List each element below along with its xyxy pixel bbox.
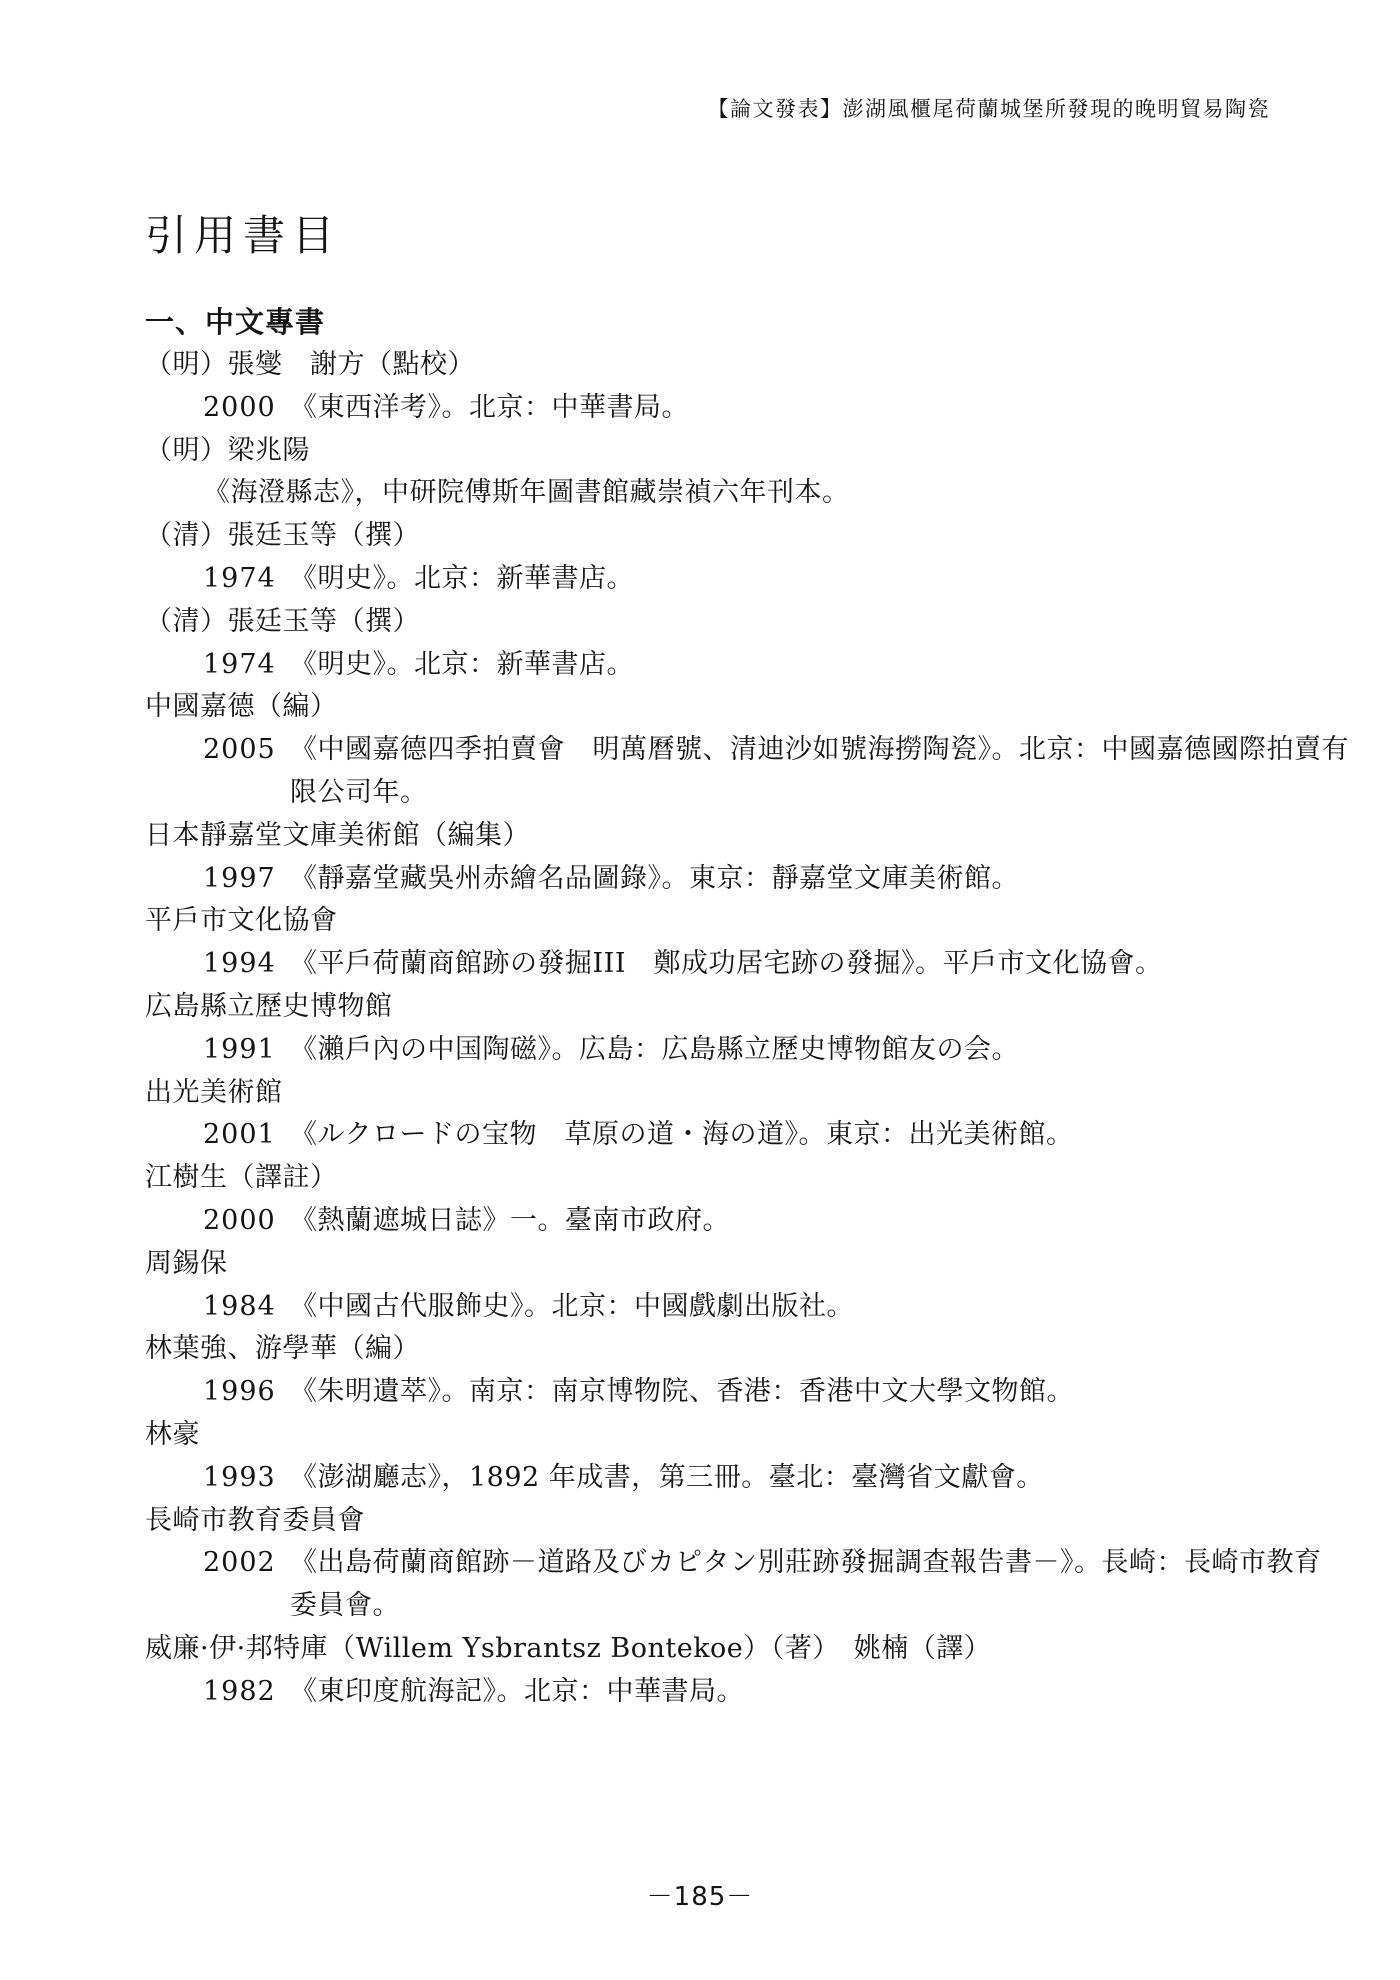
entry-year: 1984 [203, 1286, 290, 1329]
entry-publication-line: 1997《靜嘉堂藏吳州赤繪名品圖錄》。東京：靜嘉堂文庫美術館。 [145, 858, 1315, 901]
bibliography-entry: （明）張燮 謝方（點校） 2000《東西洋考》。北京：中華書局。 [145, 344, 1315, 430]
entry-author: 威廉·伊·邦特庫（Willem Ysbrantsz Bontekoe）（著） 姚… [145, 1628, 1315, 1671]
entry-author: （明）張燮 謝方（點校） [145, 344, 1315, 387]
entry-publication-line: 1984《中國古代服飾史》。北京：中國戲劇出版社。 [145, 1286, 1315, 1329]
entry-publication: 《明史》。北京：新華書店。 [290, 563, 634, 594]
entry-publication: 《瀨戶內の中国陶磁》。広島：広島縣立歷史博物館友の会。 [290, 1034, 1019, 1065]
entry-publication-line: 1996《朱明遺萃》。南京：南京博物院、香港：香港中文大學文物館。 [145, 1371, 1315, 1414]
entry-author: （明）梁兆陽 [145, 430, 1315, 473]
entry-publication-line: 2000《東西洋考》。北京：中華書局。 [145, 387, 1315, 430]
entry-publication: 《靜嘉堂藏吳州赤繪名品圖錄》。東京：靜嘉堂文庫美術館。 [290, 863, 1019, 894]
entry-publication-line: 1991《瀨戶內の中国陶磁》。広島：広島縣立歷史博物館友の会。 [145, 1029, 1315, 1072]
entry-publication: 《東印度航海記》。北京：中華書局。 [290, 1676, 744, 1707]
entry-year: 1993 [203, 1457, 290, 1500]
entry-author: 平戶市文化協會 [145, 900, 1315, 943]
entry-year: 1994 [203, 943, 290, 986]
bibliography-entry: 江樹生（譯註） 2000《熱蘭遮城日誌》一。臺南市政府。 [145, 1157, 1315, 1243]
entry-author: 林豪 [145, 1414, 1315, 1457]
entry-year: 1974 [203, 558, 290, 601]
entry-publication-line: 1982《東印度航海記》。北京：中華書局。 [145, 1671, 1315, 1714]
entry-year: 2005 [203, 729, 290, 772]
entry-publication-line: 《海澄縣志》，中研院傅斯年圖書館藏崇禎六年刊本。 [145, 472, 1315, 515]
bibliography-entry: 威廉·伊·邦特庫（Willem Ysbrantsz Bontekoe）（著） 姚… [145, 1628, 1315, 1714]
entry-publication-line: 1974《明史》。北京：新華書店。 [145, 558, 1315, 601]
bibliography-entry: 長崎市教育委員會 2002《出島荷蘭商館跡－道路及びカピタン別莊跡發掘調查報告書… [145, 1500, 1315, 1628]
entry-publication: 《中國嘉德四季拍賣會 明萬曆號、清迪沙如號海撈陶瓷》。北京：中國嘉德國際拍賣有 [290, 734, 1349, 765]
entry-author: 出光美術館 [145, 1072, 1315, 1115]
bibliography-entry: 出光美術館 2001《ルクロードの宝物 草原の道・海の道》。東京：出光美術館。 [145, 1072, 1315, 1158]
entry-publication-line: 2002《出島荷蘭商館跡－道路及びカピタン別莊跡發掘調查報告書－》。長崎：長崎市… [145, 1542, 1315, 1585]
entry-author: 周錫保 [145, 1243, 1315, 1286]
entry-publication-line: 1994《平戶荷蘭商館跡の發掘III 鄭成功居宅跡の發掘》。平戶市文化協會。 [145, 943, 1315, 986]
entry-year: 1996 [203, 1371, 290, 1414]
running-header: 【論文發表】澎湖風櫃尾荷蘭城堡所發現的晚明貿易陶瓷 [708, 93, 1271, 123]
entry-author: （清）張廷玉等（撰） [145, 601, 1315, 644]
entry-publication: 《東西洋考》。北京：中華書局。 [290, 392, 689, 423]
entry-continuation: 委員會。 [145, 1585, 1315, 1628]
entry-author: 中國嘉德（編） [145, 686, 1315, 729]
entry-year: 1997 [203, 858, 290, 901]
bibliography-entry: （清）張廷玉等（撰） 1974《明史》。北京：新華書店。 [145, 601, 1315, 687]
bibliography-section: 一、中文專書 （明）張燮 謝方（點校） 2000《東西洋考》。北京：中華書局。 … [145, 301, 1315, 1714]
entry-year: 2001 [203, 1114, 290, 1157]
entry-author: 日本靜嘉堂文庫美術館（編集） [145, 815, 1315, 858]
entry-author: 林葉強、游學華（編） [145, 1328, 1315, 1371]
entry-publication: 《海澄縣志》，中研院傅斯年圖書館藏崇禎六年刊本。 [203, 477, 850, 508]
bibliography-entry: （明）梁兆陽 《海澄縣志》，中研院傅斯年圖書館藏崇禎六年刊本。 [145, 430, 1315, 516]
entry-year: 2000 [203, 387, 290, 430]
entry-year: 2000 [203, 1200, 290, 1243]
page-title: 引用書目 [145, 203, 341, 263]
entry-author: 広島縣立歷史博物館 [145, 986, 1315, 1029]
entry-year: 1974 [203, 644, 290, 687]
bibliography-entry: 林葉強、游學華（編） 1996《朱明遺萃》。南京：南京博物院、香港：香港中文大學… [145, 1328, 1315, 1414]
bibliography-entry: （清）張廷玉等（撰） 1974《明史》。北京：新華書店。 [145, 515, 1315, 601]
entry-publication-line: 1993《澎湖廳志》，1892 年成書，第三冊。臺北：臺灣省文獻會。 [145, 1457, 1315, 1500]
page-number: －185－ [0, 1876, 1400, 1913]
entry-continuation: 限公司年。 [145, 772, 1315, 815]
entry-publication: 《朱明遺萃》。南京：南京博物院、香港：香港中文大學文物館。 [290, 1376, 1074, 1407]
entry-publication: 《明史》。北京：新華書店。 [290, 649, 634, 680]
entry-publication-line: 2001《ルクロードの宝物 草原の道・海の道》。東京：出光美術館。 [145, 1114, 1315, 1157]
bibliography-entry: 平戶市文化協會 1994《平戶荷蘭商館跡の發掘III 鄭成功居宅跡の發掘》。平戶… [145, 900, 1315, 986]
entry-author: （清）張廷玉等（撰） [145, 515, 1315, 558]
section-heading: 一、中文專書 [145, 301, 1315, 344]
entry-publication: 《ルクロードの宝物 草原の道・海の道》。東京：出光美術館。 [290, 1119, 1073, 1150]
bibliography-entry: 広島縣立歷史博物館 1991《瀨戶內の中国陶磁》。広島：広島縣立歷史博物館友の会… [145, 986, 1315, 1072]
entry-year: 2002 [203, 1542, 290, 1585]
entry-author: 長崎市教育委員會 [145, 1500, 1315, 1543]
entry-publication: 《中國古代服飾史》。北京：中國戲劇出版社。 [290, 1291, 854, 1322]
entry-year: 1982 [203, 1671, 290, 1714]
bibliography-entry: 日本靜嘉堂文庫美術館（編集） 1997《靜嘉堂藏吳州赤繪名品圖錄》。東京：靜嘉堂… [145, 815, 1315, 901]
entry-publication: 《澎湖廳志》，1892 年成書，第三冊。臺北：臺灣省文獻會。 [290, 1462, 1044, 1493]
bibliography-entry: 中國嘉德（編） 2005《中國嘉德四季拍賣會 明萬曆號、清迪沙如號海撈陶瓷》。北… [145, 686, 1315, 814]
bibliography-list: （明）張燮 謝方（點校） 2000《東西洋考》。北京：中華書局。 （明）梁兆陽 … [145, 344, 1315, 1714]
entry-publication: 《出島荷蘭商館跡－道路及びカピタン別莊跡發掘調查報告書－》。長崎：長崎市教育 [290, 1547, 1322, 1578]
entry-publication: 《熱蘭遮城日誌》一。臺南市政府。 [290, 1205, 730, 1236]
entry-publication: 《平戶荷蘭商館跡の發掘III 鄭成功居宅跡の發掘》。平戶市文化協會。 [290, 948, 1163, 979]
entry-publication-line: 2000《熱蘭遮城日誌》一。臺南市政府。 [145, 1200, 1315, 1243]
entry-publication-line: 1974《明史》。北京：新華書店。 [145, 644, 1315, 687]
entry-year: 1991 [203, 1029, 290, 1072]
bibliography-entry: 周錫保 1984《中國古代服飾史》。北京：中國戲劇出版社。 [145, 1243, 1315, 1329]
bibliography-entry: 林豪 1993《澎湖廳志》，1892 年成書，第三冊。臺北：臺灣省文獻會。 [145, 1414, 1315, 1500]
entry-author: 江樹生（譯註） [145, 1157, 1315, 1200]
entry-publication-line: 2005《中國嘉德四季拍賣會 明萬曆號、清迪沙如號海撈陶瓷》。北京：中國嘉德國際… [145, 729, 1315, 772]
